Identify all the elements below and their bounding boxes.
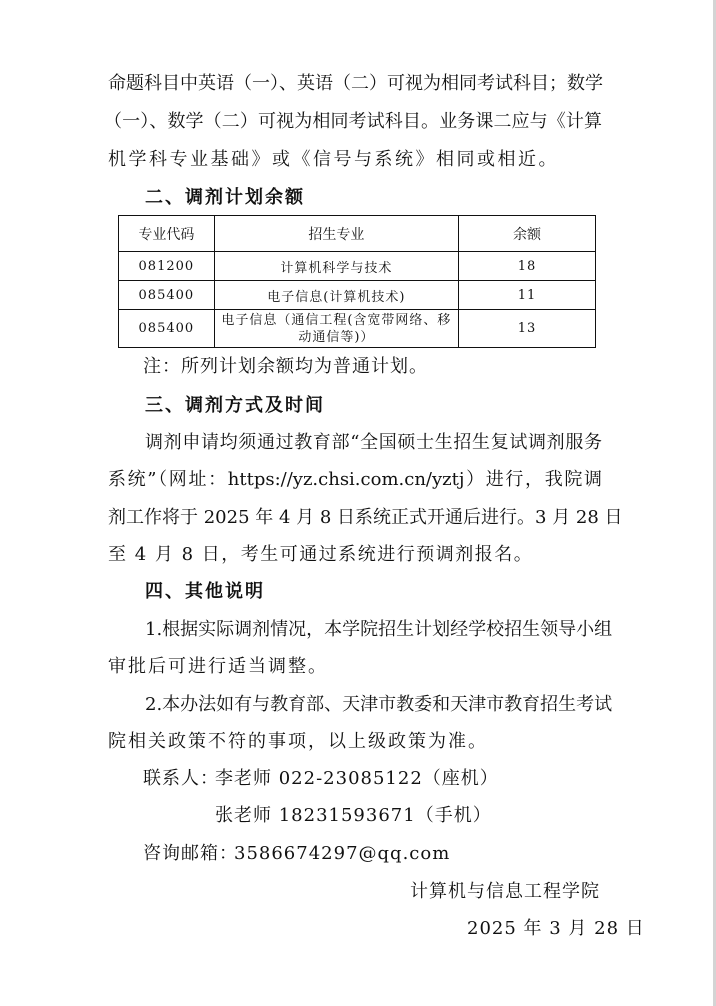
quota-note: 注：所列计划余额均为普通计划。 [143,355,428,379]
signature-date: 2025 年 3 月 28 日 [467,917,645,941]
header-major-code: 专业代码 [119,216,215,252]
intro-line-1: 命题科目中英语（一）、英语（二）可视为相同考试科目；数学 [108,72,602,96]
section-4-heading: 四、其他说明 [145,580,265,604]
intro-line-3: 机学科专业基础》或《信号与系统》相同或相近。 [108,148,602,172]
section-2-heading: 二、调剂计划余额 [145,186,305,210]
section-4-item-2-line-1: 2.本办法如有与教育部、天津市教委和天津市教育招生考试 [145,693,602,717]
section-4-item-1-line-1: 1.根据实际调剂情况，本学院招生计划经学校招生领导小组 [145,618,602,642]
cell-quota: 13 [458,310,595,348]
cell-code: 081200 [119,252,215,281]
cell-major: 电子信息(计算机技术) [214,281,458,310]
cell-major: 计算机科学与技术 [214,252,458,281]
cell-major-line-1: 电子信息（通信工程(含宽带网络、移 [219,312,454,329]
email-label: 咨询邮箱： [143,842,238,866]
contact-person-2: 张老师 18231593671（手机） [215,804,492,828]
quota-table: 专业代码 招生专业 余额 081200 计算机科学与技术 18 085400 电… [118,215,596,348]
header-major-name: 招生专业 [214,216,458,252]
cell-major-line-2: 动通信等)） [219,329,454,346]
contact-person-1: 李老师 022-23085122（座机） [215,767,499,791]
cell-quota: 18 [458,252,595,281]
intro-line-2: （一）、数学（二）可视为相同考试科目。业务课二应与《计算 [104,110,602,134]
section-4-item-2-line-2: 院相关政策不符的事项，以上级政策为准。 [108,730,602,754]
email-address: 3586674297@qq.com [234,842,450,866]
table-row: 085400 电子信息(计算机技术) 11 [119,281,596,310]
section-3-line-2: 系统”（网址：https://yz.chsi.com.cn/yztj）进行，我院… [108,468,602,492]
table-header-row: 专业代码 招生专业 余额 [119,216,596,252]
contact-label: 联系人： [143,767,219,791]
cell-major: 电子信息（通信工程(含宽带网络、移 动通信等)） [214,310,458,348]
section-4-item-1-line-2: 审批后可进行适当调整。 [108,655,602,679]
cell-code: 085400 [119,310,215,348]
table-row: 085400 电子信息（通信工程(含宽带网络、移 动通信等)） 13 [119,310,596,348]
section-3-heading: 三、调剂方式及时间 [145,394,325,418]
signature-org: 计算机与信息工程学院 [410,880,600,904]
section-3-line-3: 剂工作将于 2025 年 4 月 8 日系统正式开通后进行。3 月 28 日 [108,506,602,530]
section-3-line-4: 至 4 月 8 日，考生可通过系统进行预调剂报名。 [108,543,602,567]
cell-code: 085400 [119,281,215,310]
cell-quota: 11 [458,281,595,310]
table-row: 081200 计算机科学与技术 18 [119,252,596,281]
header-quota: 余额 [458,216,595,252]
section-3-line-1: 调剂申请均须通过教育部“全国硕士生招生复试调剂服务 [145,431,602,455]
